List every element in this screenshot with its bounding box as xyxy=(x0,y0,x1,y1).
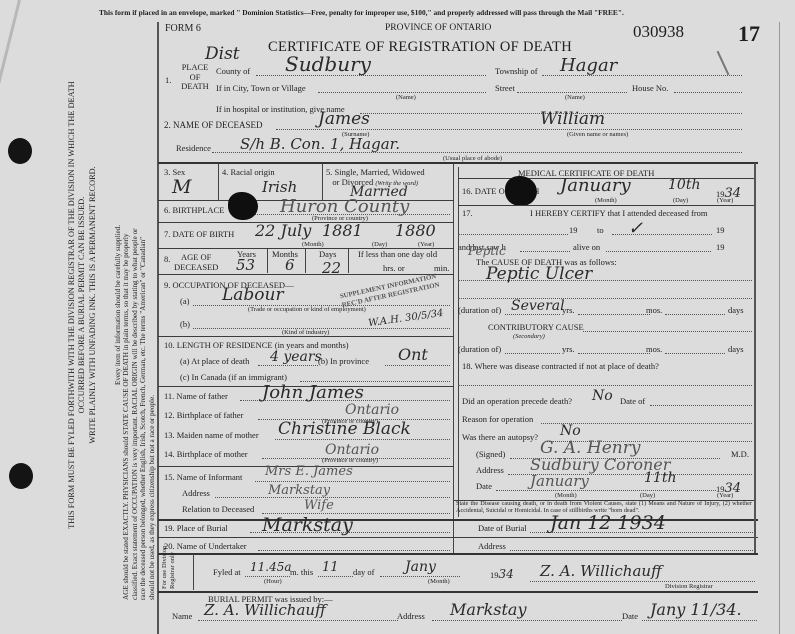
residence-caption: (Usual place of abode) xyxy=(443,155,502,162)
deceased-given-name: William xyxy=(540,109,605,129)
at-place-of-death-value: 4 years xyxy=(270,349,322,365)
in-canada-label: (c) In Canada (if an immigrant) xyxy=(180,372,287,382)
death-certificate: THIS FORM MUST BE FYLED FORTHWITH WITH T… xyxy=(0,0,795,634)
cause-footnote: State the Disease causing death, or in d… xyxy=(456,500,752,514)
age-label: AGE OF DECEASED xyxy=(174,252,218,272)
residence-value: S/h B. Con. 1, Hagar. xyxy=(240,135,400,153)
place-of-death-number: 1. xyxy=(165,75,171,85)
township-label: Township of xyxy=(495,66,538,76)
certify-number: 17. xyxy=(462,208,473,218)
stamp-date: W.A.H. 30/5/34 xyxy=(368,308,445,329)
dob-day-value: 1881 xyxy=(322,221,363,240)
father-name-value: John James xyxy=(262,382,364,403)
death-day-value: 10th xyxy=(668,177,700,193)
mother-birthplace-label: 14. Birthplace of mother xyxy=(164,449,248,459)
form-right-border xyxy=(779,22,780,634)
cert-year-caption: (Year) xyxy=(717,492,733,499)
certificate-date-label: Date xyxy=(476,481,492,491)
attended-to-label: to xyxy=(597,225,604,235)
county-label: County of xyxy=(216,66,250,76)
permit-date-label: Date xyxy=(622,611,638,621)
registrar-caption: Division Registrar xyxy=(665,583,713,590)
occupation-value: Labour xyxy=(222,285,284,305)
county-prefix: Dist xyxy=(205,44,240,64)
burial-date-label: Date of Burial xyxy=(478,523,527,533)
alive-on-label: alive on xyxy=(573,242,600,252)
relation-label: Relation to Deceased xyxy=(182,504,254,514)
birthplace-label: 6. BIRTHPLACE xyxy=(164,205,224,215)
less-than-day-label: If less than one day old xyxy=(358,249,437,259)
banner-notice: This form if placed in an envelope, mark… xyxy=(99,8,624,17)
cause-note: Peptic xyxy=(468,244,506,258)
informant-address-value: Markstay xyxy=(268,483,330,498)
death-month-caption: (Month) xyxy=(595,197,617,204)
father-name-label: 11. Name of father xyxy=(164,391,228,401)
dob-year-caption: (Year) xyxy=(418,241,434,248)
in-province-value: Ont xyxy=(398,345,428,364)
sidebar-instructions-main: THIS FORM MUST BE FYLED FORTHWITH WITH T… xyxy=(67,10,98,600)
deceased-surname: James xyxy=(318,109,370,129)
informant-value: Mrs E. James xyxy=(265,464,353,479)
mother-name-value: Christine Black xyxy=(278,419,411,439)
day-of-label: day of xyxy=(353,567,374,577)
burial-place-label: 19. Place of Burial xyxy=(164,523,228,533)
house-number-label: House No. xyxy=(632,83,668,93)
fold-mark xyxy=(0,0,21,117)
age-months: 6 xyxy=(285,256,295,274)
date-of-birth-label: 7. DATE OF BIRTH xyxy=(164,229,234,239)
duration-yrs-label: yrs. xyxy=(562,305,575,315)
at-place-of-death-label: (a) At place of death xyxy=(180,356,249,366)
form-number: FORM 6 xyxy=(165,23,201,34)
operation-date-label: Date of xyxy=(620,396,645,406)
duration-mos-label: mos. xyxy=(646,305,662,315)
place-of-death-label: PLACE OF DEATH xyxy=(176,63,214,92)
operation-label: Did an operation precede death? xyxy=(462,396,572,406)
street-name-caption: (Name) xyxy=(565,94,585,101)
street-label: Street xyxy=(495,83,515,93)
death-day-caption: (Day) xyxy=(673,197,688,204)
undertaker-label: 20. Name of Undertaker xyxy=(164,541,247,551)
month-caption: (Month) xyxy=(428,578,450,585)
racial-origin-value: Irish xyxy=(262,178,297,196)
hrs-label: hrs. or xyxy=(383,263,405,273)
mother-birthplace-value: Ontario xyxy=(325,442,379,458)
death-month-value: January xyxy=(560,175,631,196)
duration2-mos-label: mos. xyxy=(646,344,662,354)
duration-label: (duration of) xyxy=(458,305,501,315)
dob-day-caption: (Day) xyxy=(372,241,387,248)
father-birthplace-value: Ontario xyxy=(345,402,399,418)
age-years: 53 xyxy=(236,256,255,274)
permit-address-value: Markstay xyxy=(450,600,526,619)
attended-from-19: 19 xyxy=(569,225,578,235)
signed-label: (Signed) xyxy=(476,449,505,459)
sex-value: M xyxy=(172,176,191,198)
cause-of-death-value: Peptic Ulcer xyxy=(486,264,592,284)
permit-date-value: Jany 11/34. xyxy=(650,600,742,619)
undertaker-address-label: Address xyxy=(478,541,506,551)
father-birthplace-label: 12. Birthplace of father xyxy=(164,410,243,420)
registrar-use-only: For use Division Registrar only xyxy=(161,553,176,589)
md-label: M.D. xyxy=(731,449,749,459)
fyled-hour-value: 11.45a xyxy=(250,560,292,574)
duration2-days-label: days xyxy=(728,344,744,354)
registrar-signature: Z. A. Willichauff xyxy=(540,562,662,580)
township-value: Hagar xyxy=(560,55,617,76)
city-name-caption: (Name) xyxy=(396,94,416,101)
birthplace-value: Huron County xyxy=(280,196,409,217)
duration-days-label: days xyxy=(728,305,744,315)
autopsy-value: No xyxy=(560,423,581,439)
certificate-date-month: January xyxy=(530,472,589,490)
cert-day-caption: (Day) xyxy=(640,492,655,499)
check-mark xyxy=(717,51,730,75)
mother-name-label: 13. Maiden name of mother xyxy=(164,430,259,440)
residence-label: Residence xyxy=(176,143,211,153)
ink-blot xyxy=(505,176,537,206)
m-this-label: m. this xyxy=(290,567,313,577)
serial-number: 030938 xyxy=(633,22,684,42)
permit-name-value: Z. A. Willichauff xyxy=(204,601,326,619)
city-label: If in City, Town or Village xyxy=(216,83,306,93)
duration-value: Several xyxy=(511,298,565,314)
attended-to-19: 19 xyxy=(716,225,725,235)
county-value: Sudbury xyxy=(285,52,371,76)
duration2-label: (duration of) xyxy=(458,344,501,354)
mother-birthplace-caption: (Province or country) xyxy=(322,457,378,464)
occupation-a-label: (a) xyxy=(180,296,189,306)
informant-label: 15. Name of Informant xyxy=(164,472,242,482)
disease-contracted-question: 18. Where was disease contracted if not … xyxy=(462,361,659,371)
dob-year-value: 1880 xyxy=(395,221,436,240)
attended-checkmark: ✓ xyxy=(628,218,643,239)
fyled-at-label: Fyled at xyxy=(213,567,241,577)
certify-text: I HEREBY CERTIFY that I attended decease… xyxy=(530,208,708,218)
operation-reason-label: Reason for operation xyxy=(462,414,533,424)
permit-name-label: Name xyxy=(172,611,192,621)
dob-month-caption: (Month) xyxy=(302,241,324,248)
contributory-cause-label: CONTRIBUTORY CAUSE xyxy=(488,322,584,332)
industry-caption: (Kind of industry) xyxy=(282,329,329,336)
contributory-caption: (Secondary) xyxy=(513,333,545,340)
death-year-caption: (Year) xyxy=(717,197,733,204)
punch-hole-top xyxy=(8,138,32,164)
autopsy-label: Was there an autopsy? xyxy=(462,432,538,442)
cert-month-caption: (Month) xyxy=(555,492,577,499)
alive-on-19: 19 xyxy=(716,242,725,252)
relation-value: Wife xyxy=(304,498,334,513)
age-number: 8. xyxy=(164,254,170,264)
form-left-border xyxy=(157,22,159,634)
given-name-caption: (Given name or names) xyxy=(567,131,628,138)
occupation-b-label: (b) xyxy=(180,319,190,329)
page-number: 17 xyxy=(738,21,760,47)
in-province-label: (b) In province xyxy=(318,356,369,366)
fyled-year-prefix: 1934 xyxy=(490,567,514,581)
burial-place-value: Markstay xyxy=(262,514,353,536)
punch-hole-bottom xyxy=(9,463,33,489)
days-label: Days xyxy=(319,249,336,259)
operation-value: No xyxy=(592,388,613,404)
ink-blot xyxy=(228,192,258,220)
racial-origin-label: 4. Racial origin xyxy=(222,167,275,177)
dob-month-value: 22 July xyxy=(255,221,311,240)
permit-address-label: Address xyxy=(397,611,425,621)
province-title: PROVINCE OF ONTARIO xyxy=(385,23,491,33)
deceased-name-label: 2. NAME OF DECEASED xyxy=(164,120,263,130)
hour-caption: (Hour) xyxy=(264,578,282,585)
duration2-yrs-label: yrs. xyxy=(562,344,575,354)
fyled-month-value: Jany xyxy=(405,559,436,575)
informant-address-label: Address xyxy=(182,488,210,498)
certificate-date-day: 11th xyxy=(644,470,676,486)
physician-address-label: Address xyxy=(476,465,504,475)
sidebar-instructions-detail: Every item of information should be care… xyxy=(114,10,156,600)
burial-date-value: Jan 12 1934 xyxy=(550,512,666,534)
fyled-day-value: 11 xyxy=(322,560,339,575)
